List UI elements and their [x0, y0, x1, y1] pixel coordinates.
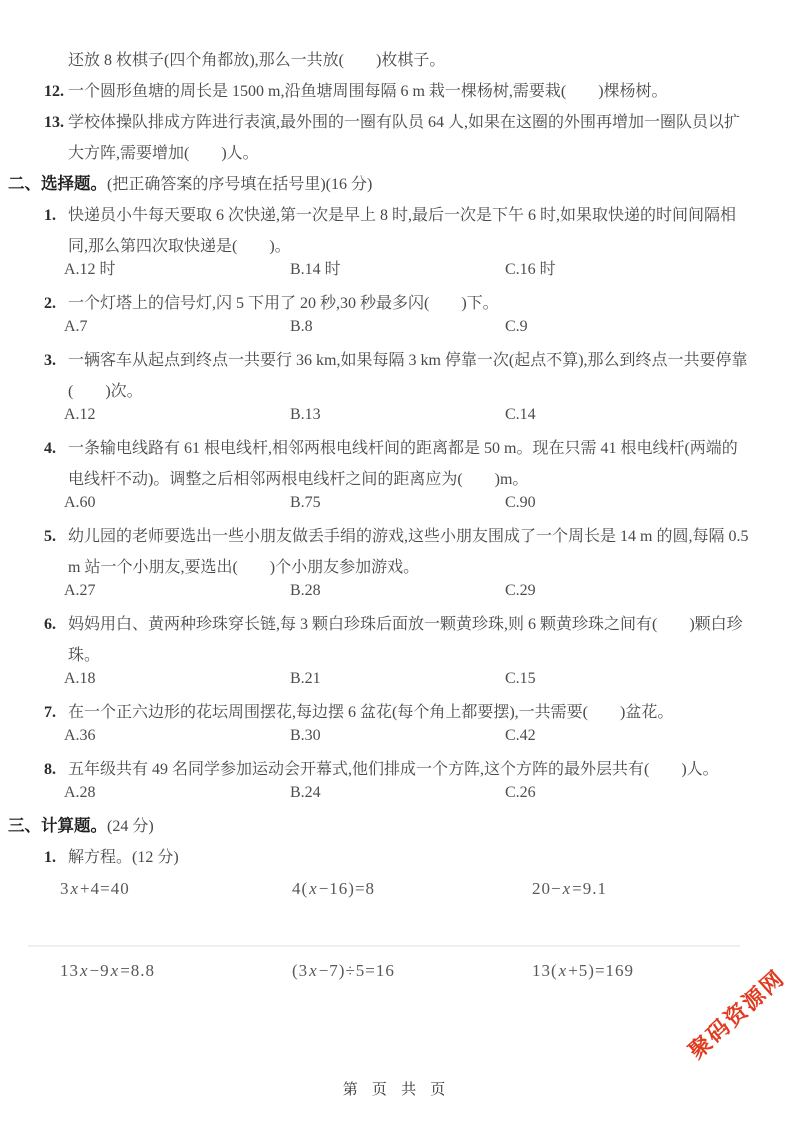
section-3-heading: 三、计算题。(24 分): [8, 811, 751, 842]
option-b: B.14 时: [290, 257, 505, 283]
question-text: 学校体操队排成方阵进行表演,最外围的一圈有队员 64 人,如果在这圈的外围再增加…: [68, 107, 751, 169]
option-b: B.8: [290, 314, 505, 340]
question-number: 1.: [44, 200, 68, 262]
question-text: 一个圆形鱼塘的周长是 1500 m,沿鱼塘周围每隔 6 m 栽一棵杨树,需要栽(…: [68, 76, 751, 107]
choice-question-5: 5. 幼儿园的老师要选出一些小朋友做丢手绢的游戏,这些小朋友围成了一个周长是 1…: [44, 521, 751, 583]
page-footer: 第 页 共 页: [0, 1078, 793, 1099]
option-b: B.21: [290, 666, 505, 692]
option-a: A.12 时: [64, 257, 290, 283]
option-c: C.90: [505, 490, 751, 516]
question-text: 一条输电线路有 61 根电线杆,相邻两根电线杆间的距离都是 50 m。现在只需 …: [68, 433, 751, 495]
option-a: A.60: [64, 490, 290, 516]
question-number: 4.: [44, 433, 68, 495]
subsection-title: 解方程。(12 分): [68, 842, 751, 873]
section-2-note: (把正确答案的序号填在括号里)(16 分): [107, 176, 372, 193]
section-2-label: 二、选择题。: [8, 175, 107, 193]
question-number: 1.: [44, 842, 68, 873]
equation-4: 13x−9x=8.8: [60, 955, 292, 986]
choice-options-3: A.12 B.13 C.14: [64, 402, 751, 428]
section-3-note: (24 分): [107, 818, 154, 835]
option-c: C.42: [505, 723, 751, 749]
option-a: A.12: [64, 402, 290, 428]
option-c: C.9: [505, 314, 751, 340]
section-3-label: 三、计算题。: [8, 817, 107, 835]
question-number: 13.: [44, 107, 68, 169]
choice-options-8: A.28 B.24 C.26: [64, 780, 751, 806]
question-number: 12.: [44, 76, 68, 107]
question-text: 快递员小牛每天要取 6 次快递,第一次是早上 8 时,最后一次是下午 6 时,如…: [68, 200, 751, 262]
equation-1: 3x+4=40: [60, 873, 292, 904]
option-b: B.24: [290, 780, 505, 806]
option-b: B.30: [290, 723, 505, 749]
option-a: A.18: [64, 666, 290, 692]
equations-row-1: 3x+4=40 4(x−16)=8 20−x=9.1: [60, 873, 751, 904]
equation-5: (3x−7)÷5=16: [292, 955, 532, 986]
fill-item-13: 13. 学校体操队排成方阵进行表演,最外围的一圈有队员 64 人,如果在这圈的外…: [44, 107, 751, 169]
option-c: C.29: [505, 578, 751, 604]
option-a: A.27: [64, 578, 290, 604]
choice-options-2: A.7 B.8 C.9: [64, 314, 751, 340]
choice-options-5: A.27 B.28 C.29: [64, 578, 751, 604]
choice-question-6: 6. 妈妈用白、黄两种珍珠穿长链,每 3 颗白珍珠后面放一颗黄珍珠,则 6 颗黄…: [44, 609, 751, 671]
question-number: 3.: [44, 345, 68, 407]
option-c: C.15: [505, 666, 751, 692]
option-c: C.16 时: [505, 257, 751, 283]
question-text: 妈妈用白、黄两种珍珠穿长链,每 3 颗白珍珠后面放一颗黄珍珠,则 6 颗黄珍珠之…: [68, 609, 751, 671]
choice-options-6: A.18 B.21 C.15: [64, 666, 751, 692]
equation-3: 20−x=9.1: [532, 873, 751, 904]
choice-options-1: A.12 时 B.14 时 C.16 时: [64, 257, 751, 283]
question-number: 5.: [44, 521, 68, 583]
choice-options-4: A.60 B.75 C.90: [64, 490, 751, 516]
option-a: A.7: [64, 314, 290, 340]
question-text: 一辆客车从起点到终点一共要行 36 km,如果每隔 3 km 停靠一次(起点不算…: [68, 345, 751, 407]
equation-2: 4(x−16)=8: [292, 873, 532, 904]
option-a: A.28: [64, 780, 290, 806]
carryover-text: 还放 8 枚棋子(四个角都放),那么一共放( )枚棋子。: [68, 45, 751, 76]
fill-item-12: 12. 一个圆形鱼塘的周长是 1500 m,沿鱼塘周围每隔 6 m 栽一棵杨树,…: [44, 76, 751, 107]
choice-question-1: 1. 快递员小牛每天要取 6 次快递,第一次是早上 8 时,最后一次是下午 6 …: [44, 200, 751, 262]
calc-subsection-heading: 1. 解方程。(12 分): [44, 842, 751, 873]
carryover-line: 还放 8 枚棋子(四个角都放),那么一共放( )枚棋子。: [44, 45, 751, 76]
choice-options-7: A.36 B.30 C.42: [64, 723, 751, 749]
question-text: 幼儿园的老师要选出一些小朋友做丢手绢的游戏,这些小朋友围成了一个周长是 14 m…: [68, 521, 751, 583]
option-b: B.13: [290, 402, 505, 428]
scan-crease-line: [28, 945, 740, 947]
option-b: B.28: [290, 578, 505, 604]
choice-question-3: 3. 一辆客车从起点到终点一共要行 36 km,如果每隔 3 km 停靠一次(起…: [44, 345, 751, 407]
option-c: C.26: [505, 780, 751, 806]
paper-content: 还放 8 枚棋子(四个角都放),那么一共放( )枚棋子。 12. 一个圆形鱼塘的…: [0, 0, 793, 986]
exam-paper-page: 还放 8 枚棋子(四个角都放),那么一共放( )枚棋子。 12. 一个圆形鱼塘的…: [0, 0, 793, 1122]
question-number: [44, 45, 68, 76]
option-a: A.36: [64, 723, 290, 749]
question-number: 6.: [44, 609, 68, 671]
option-c: C.14: [505, 402, 751, 428]
section-2-heading: 二、选择题。(把正确答案的序号填在括号里)(16 分): [8, 169, 751, 200]
choice-question-4: 4. 一条输电线路有 61 根电线杆,相邻两根电线杆间的距离都是 50 m。现在…: [44, 433, 751, 495]
equations-row-2: 13x−9x=8.8 (3x−7)÷5=16 13(x+5)=169: [60, 955, 751, 986]
equation-6: 13(x+5)=169: [532, 955, 751, 986]
option-b: B.75: [290, 490, 505, 516]
